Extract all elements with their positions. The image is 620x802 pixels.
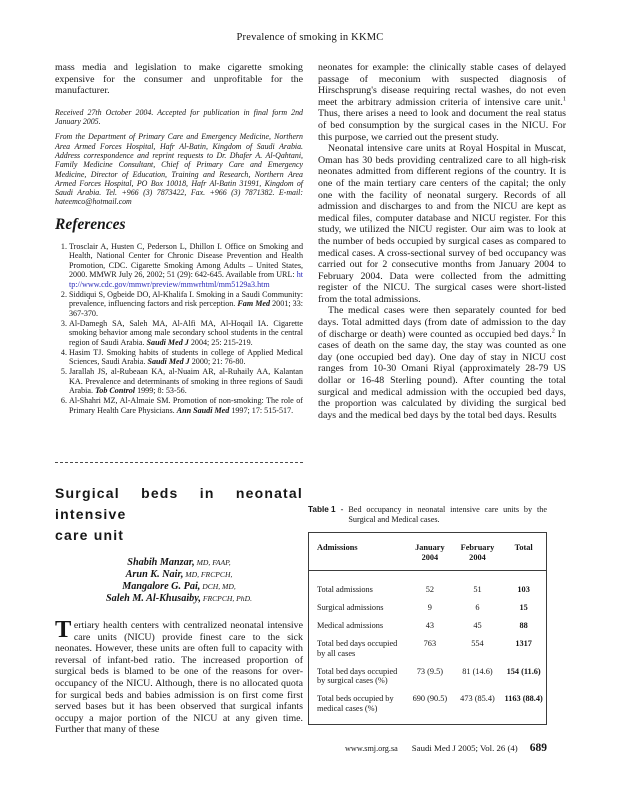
cell-total: 103 [501,571,546,599]
cell-label: Total beds occupied by medical cases (%) [309,690,407,724]
journal-title: Tob Control [95,386,135,395]
right-column: neonates for example: the clinically sta… [318,62,566,421]
reference-text: Trosclair A, Husten C, Pederson L, Dhill… [69,242,303,280]
header-january: January 2004 [406,533,454,571]
author-qualifications: MD, FRCPCH, [183,570,232,579]
cell-jan: 73 (9.5) [406,663,454,691]
cell-jan: 763 [406,635,454,663]
body-paragraph: neonates for example: the clinically sta… [318,62,566,143]
journal-title: Saudi Med J [147,338,189,347]
intro-paragraph: Tertiary health centers with centralized… [55,620,303,736]
author-name: Saleh M. Al-Khusaiby, [106,593,201,604]
table-row: Total beds occupied by medical cases (%)… [309,690,547,724]
cell-total: 88 [501,617,546,635]
table-row: Total bed days occupied by all cases 763… [309,635,547,663]
intro-text: ertiary health centers with centralized … [55,620,303,735]
author-name: Mangalore G. Pai, [122,581,200,592]
cell-feb: 51 [454,571,502,599]
reference-item: Al-Shahri MZ, Al-Almaie SM. Promotion of… [69,396,303,415]
reference-item: Siddiqui S, Ogbeide DO, Al-Khalifa I. Sm… [69,290,303,319]
cell-jan: 43 [406,617,454,635]
table-header: Admissions January 2004 February 2004 To… [309,533,547,571]
table-body: Total admissions 52 51 103 Surgical admi… [309,571,547,724]
author-name: Arun K. Nair, [126,569,184,580]
journal-page: Prevalence of smoking in KKMC mass media… [0,0,620,802]
table1-caption: Table 1 - Bed occupancy in neonatal inte… [308,505,547,524]
author-qualifications: DCH, MD, [200,582,235,591]
cell-feb: 554 [454,635,502,663]
cell-feb: 45 [454,617,502,635]
paragraph-text: neonates for example: the clinically sta… [318,62,566,108]
caption-dash: - [336,505,349,524]
header-february: February 2004 [454,533,502,571]
cell-jan: 690 (90.5) [406,690,454,724]
article-divider [55,462,303,463]
cell-total: 15 [501,599,546,617]
author-qualifications: FRCPCH, PhD. [201,594,252,603]
cell-label: Total bed days occupied by surgical case… [309,663,407,691]
reference-item: Al-Damegh SA, Saleh MA, Al-Alfi MA, Al-H… [69,319,303,348]
reference-item: Jarallah JS, al-Rubeaan KA, al-Nuaim AR,… [69,367,303,396]
cell-feb: 81 (14.6) [454,663,502,691]
received-note: Received 27th October 2004. Accepted for… [55,108,303,127]
body-paragraph: The medical cases were then separately c… [318,305,566,421]
article-title-line1: Surgical beds in neonatal intensive [55,483,303,525]
header-total: Total [501,533,546,571]
reference-text: 2000; 21: 76-80. [190,357,246,366]
table-row: Medical admissions 43 45 88 [309,617,547,635]
paragraph-text: In cases of death on the same day, the s… [318,329,566,421]
cell-jan: 9 [406,599,454,617]
author-block: Shabih Manzar, MD, FAAP, Arun K. Nair, M… [55,557,303,605]
reference-item: Hasim TJ. Smoking habits of students in … [69,348,303,367]
cell-label: Total admissions [309,571,407,599]
journal-title: Ann Saudi Med [177,406,230,415]
reference-text: 2004; 25: 215-219. [189,338,253,347]
author-line: Mangalore G. Pai, DCH, MD, [55,581,303,593]
author-line: Shabih Manzar, MD, FAAP, [55,557,303,569]
journal-title: Fam Med [237,299,270,308]
running-head: Prevalence of smoking in KKMC [0,32,620,43]
author-qualifications: MD, FAAP, [195,558,231,567]
page-footer: www.smj.org.sa Saudi Med J 2005; Vol. 26… [345,738,547,756]
author-line: Saleh M. Al-Khusaiby, FRCPCH, PhD. [55,593,303,605]
references-list: Trosclair A, Husten C, Pederson L, Dhill… [55,242,303,416]
reference-text: 1999; 8: 53-56. [135,386,187,395]
cell-jan: 52 [406,571,454,599]
cell-feb: 6 [454,599,502,617]
header-admissions: Admissions [309,533,407,571]
journal-website: www.smj.org.sa [345,744,398,753]
paragraph-text: Thus, there arises a need to look and do… [318,108,566,142]
drop-cap: T [55,620,74,641]
table-header-row: Admissions January 2004 February 2004 To… [309,533,547,571]
left-column-top: mass media and legislation to make cigar… [55,62,303,416]
journal-title: Saudi Med J [147,357,189,366]
page-number: 689 [530,742,547,754]
cell-total: 1317 [501,635,546,663]
cell-label: Medical admissions [309,617,407,635]
table1-label: Table 1 [308,505,336,524]
table-row: Surgical admissions 9 6 15 [309,599,547,617]
references-heading: References [55,215,303,235]
cell-feb: 473 (85.4) [454,690,502,724]
table1-block: Table 1 - Bed occupancy in neonatal inte… [308,505,547,725]
body-paragraph: Neonatal intensive care units at Royal H… [318,143,566,305]
citation-superscript: 1 [563,95,566,102]
table1-caption-text: Bed occupancy in neonatal intensive care… [348,505,547,524]
cell-total: 154 (11.6) [501,663,546,691]
closing-paragraph: mass media and legislation to make cigar… [55,62,303,97]
author-name: Shabih Manzar, [127,557,194,568]
affiliation-note: From the Department of Primary Care and … [55,132,303,206]
article-title: Surgical beds in neonatal intensive care… [55,483,303,546]
article-title-line2: care unit [55,525,303,546]
reference-text: 1997; 17: 515-517. [229,406,293,415]
journal-citation: Saudi Med J 2005; Vol. 26 (4) [412,743,518,753]
bed-occupancy-table: Admissions January 2004 February 2004 To… [308,532,547,724]
table-row: Total bed days occupied by surgical case… [309,663,547,691]
table-row: Total admissions 52 51 103 [309,571,547,599]
left-column-bottom: Surgical beds in neonatal intensive care… [55,462,303,736]
author-line: Arun K. Nair, MD, FRCPCH, [55,569,303,581]
cell-label: Total bed days occupied by all cases [309,635,407,663]
paragraph-text: The medical cases were then separately c… [318,305,566,339]
cell-label: Surgical admissions [309,599,407,617]
reference-item: Trosclair A, Husten C, Pederson L, Dhill… [69,242,303,290]
cell-total: 1163 (88.4) [501,690,546,724]
